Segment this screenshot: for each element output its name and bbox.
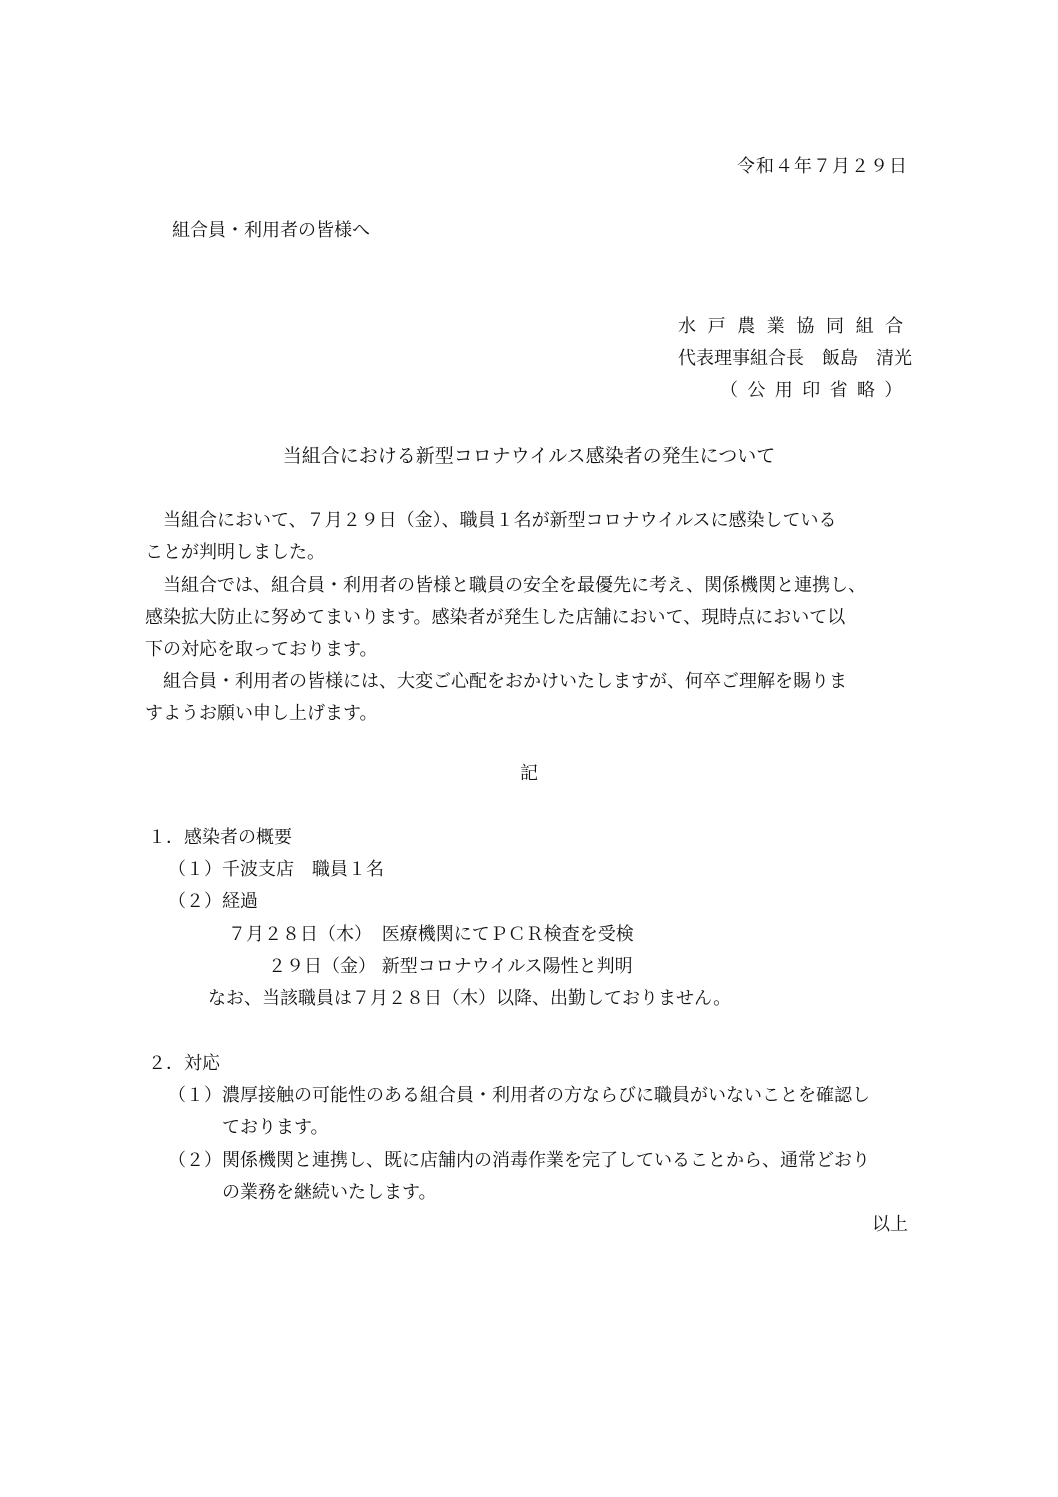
section-1-heading: １．感染者の概要 xyxy=(148,829,292,847)
paragraph-line: 下の対応を取っております。 xyxy=(145,634,915,666)
timeline-date: ２９日（金） xyxy=(268,958,376,976)
paragraph-line: すようお願い申し上げます。 xyxy=(145,698,915,730)
section-1-item-1: （１）千波支店 職員１名 xyxy=(168,861,384,879)
timeline-event: 新型コロナウイルス陽性と判明 xyxy=(382,958,633,976)
paragraph-line: 当組合において、７月２９日（金）、職員１名が新型コロナウイルスに感染している xyxy=(145,505,915,537)
section-1-item-2: （２）経過 xyxy=(168,893,258,911)
addressee: 組合員・利用者の皆様へ xyxy=(172,222,370,240)
sender-representative: 代表理事組合長 飯島 清光 xyxy=(678,350,912,368)
seal-note: （公用印省略） xyxy=(720,382,912,400)
section-2-item-2: （２）関係機関と連携し、既に店舗内の消毒作業を完了していることから、通常どおり xyxy=(168,1152,870,1170)
paragraph-line: 当組合では、組合員・利用者の皆様と職員の安全を最優先に考え、関係機関と連携し、 xyxy=(145,570,915,602)
timeline-date: ７月２８日（木） xyxy=(228,926,376,944)
document-title: 当組合における新型コロナウイルス感染者の発生について xyxy=(0,447,1058,466)
timeline-entry: ２９日（金） 新型コロナウイルス陽性と判明 xyxy=(268,958,633,976)
section-2-item-2-continuation: の業務を継続いたします。 xyxy=(222,1184,437,1202)
closing-mark: 以上 xyxy=(872,1216,908,1234)
body-paragraph-3: 組合員・利用者の皆様には、大変ご心配をおかけいたしますが、何卒ご理解を賜りま す… xyxy=(145,666,915,730)
paragraph-line: ことが判明しました。 xyxy=(145,537,915,569)
ki-marker: 記 xyxy=(0,765,1058,783)
document-date: 令和４年７月２９日 xyxy=(737,158,908,176)
sender-organization: 水戸農業協同組合 xyxy=(678,318,915,336)
section-2-item-1: （１）濃厚接触の可能性のある組合員・利用者の方ならびに職員がいないことを確認し xyxy=(168,1087,870,1105)
timeline-entry: ７月２８日（木） 医療機関にてＰＣＲ検査を受検 xyxy=(228,926,634,944)
paragraph-line: 組合員・利用者の皆様には、大変ご心配をおかけいたしますが、何卒ご理解を賜りま xyxy=(145,666,915,698)
body-paragraph-2: 当組合では、組合員・利用者の皆様と職員の安全を最優先に考え、関係機関と連携し、 … xyxy=(145,570,915,666)
section-2-heading: ２．対応 xyxy=(148,1055,220,1073)
section-2-item-1-continuation: ております。 xyxy=(222,1119,329,1137)
section-1-note: なお、当該職員は７月２８日（木）以降、出勤しておりません。 xyxy=(208,990,731,1008)
body-paragraph-1: 当組合において、７月２９日（金）、職員１名が新型コロナウイルスに感染している こ… xyxy=(145,505,915,569)
paragraph-line: 感染拡大防止に努めてまいります。感染者が発生した店舗において、現時点において以 xyxy=(145,602,915,634)
timeline-event: 医療機関にてＰＣＲ検査を受検 xyxy=(382,926,634,944)
